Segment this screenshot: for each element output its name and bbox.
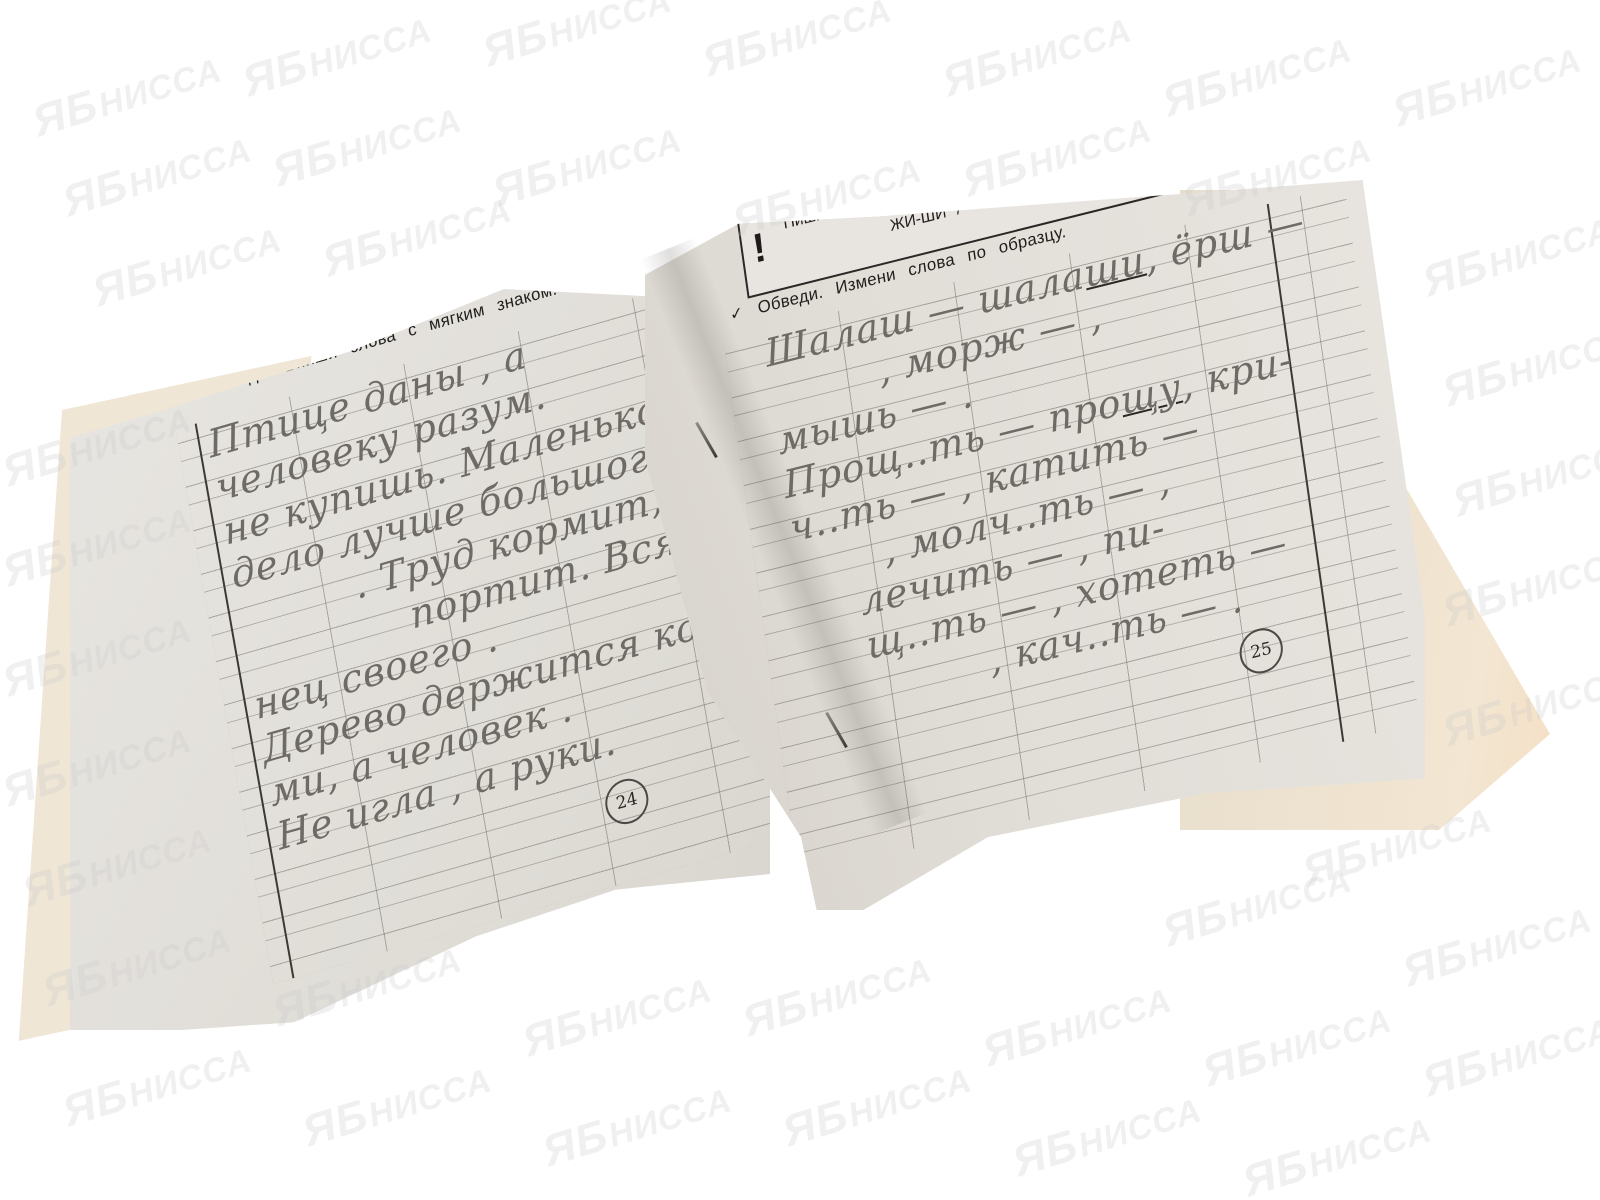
- open-workbook: ✓ Обведи. Впиши слова с мягким знаком. П…: [0, 0, 1600, 1200]
- exclamation-icon: !: [750, 225, 769, 273]
- instruction-word: слова: [348, 325, 397, 357]
- instruction-word: знаком.: [495, 279, 558, 315]
- instruction-word: мягким: [427, 300, 486, 335]
- instruction-word: с: [406, 319, 418, 340]
- instruction-word: по: [966, 242, 987, 266]
- check-icon: ✓: [729, 304, 745, 324]
- right-page-content: ! Пиши правильно: ЖИ-ШИ / ЧА-ЩА / ЧУ-ЩУ …: [715, 180, 1420, 877]
